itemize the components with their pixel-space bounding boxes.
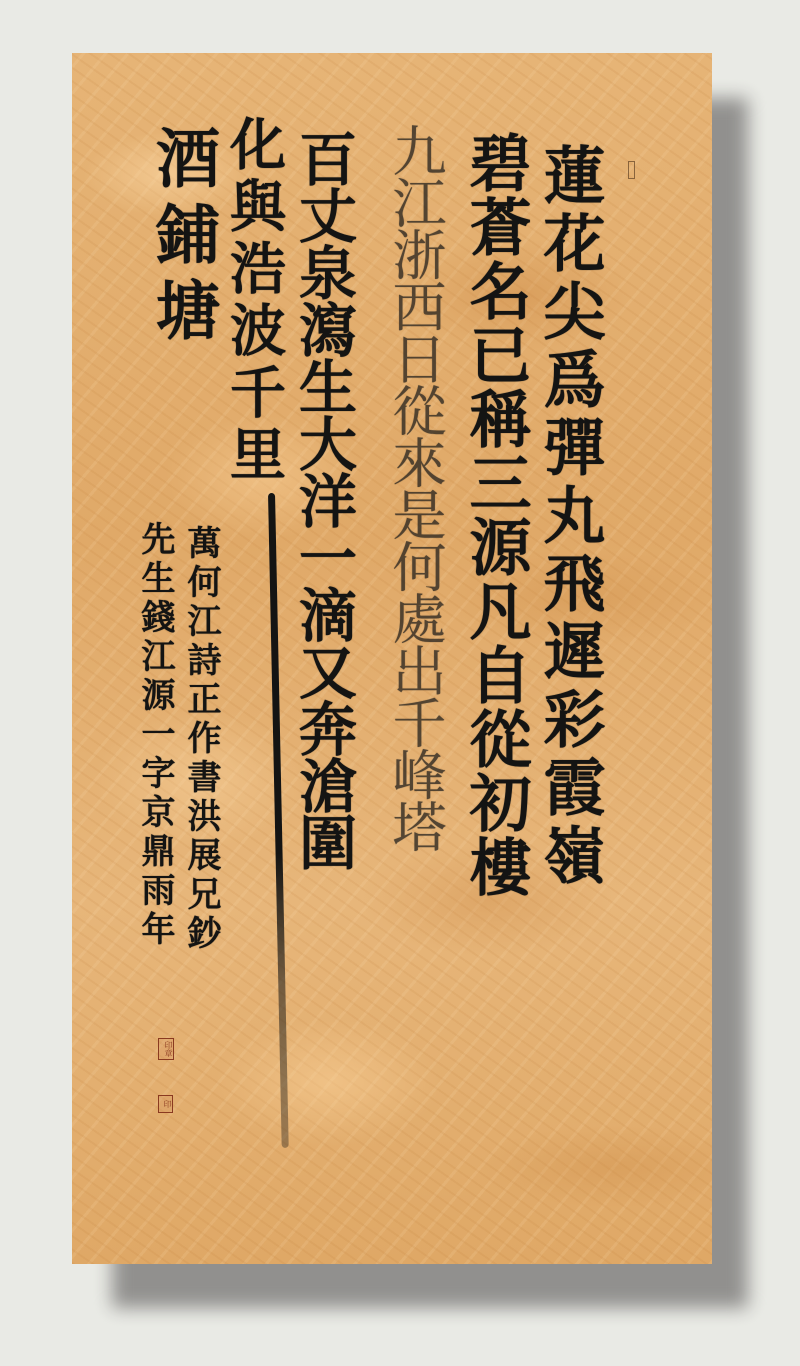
canvas: 蓮花尖爲彈丸飛遲彩霞嶺 碧蒼名已稱三源凡自從初樓 九江浙西日從來是何處出千峰塔 … bbox=[0, 0, 800, 1366]
calligraphy-scroll: 蓮花尖爲彈丸飛遲彩霞嶺 碧蒼名已稱三源凡自從初樓 九江浙西日從來是何處出千峰塔 … bbox=[72, 53, 712, 1264]
text-column-6: 酒鋪塘 bbox=[150, 125, 214, 353]
artist-seal-2: 印 bbox=[158, 1095, 173, 1113]
artist-seal-1: 印章 bbox=[158, 1038, 174, 1060]
inscription-column-2: 先生錢江源一字京鼎雨年 bbox=[138, 521, 172, 950]
text-column-1: 蓮花尖爲彈丸飛遲彩霞嶺 bbox=[538, 143, 600, 891]
text-column-5: 化與浩波千里 bbox=[226, 115, 282, 487]
text-column-4: 百丈泉瀉生大洋一滴又奔滄圍 bbox=[294, 129, 352, 870]
text-column-2: 碧蒼名已稱三源凡自從初樓 bbox=[464, 131, 526, 899]
text-column-3: 九江浙西日從來是何處出千峰塔 bbox=[388, 123, 442, 851]
inscription-column-1: 萬何江詩正作書洪展兄鈔 bbox=[184, 525, 218, 954]
